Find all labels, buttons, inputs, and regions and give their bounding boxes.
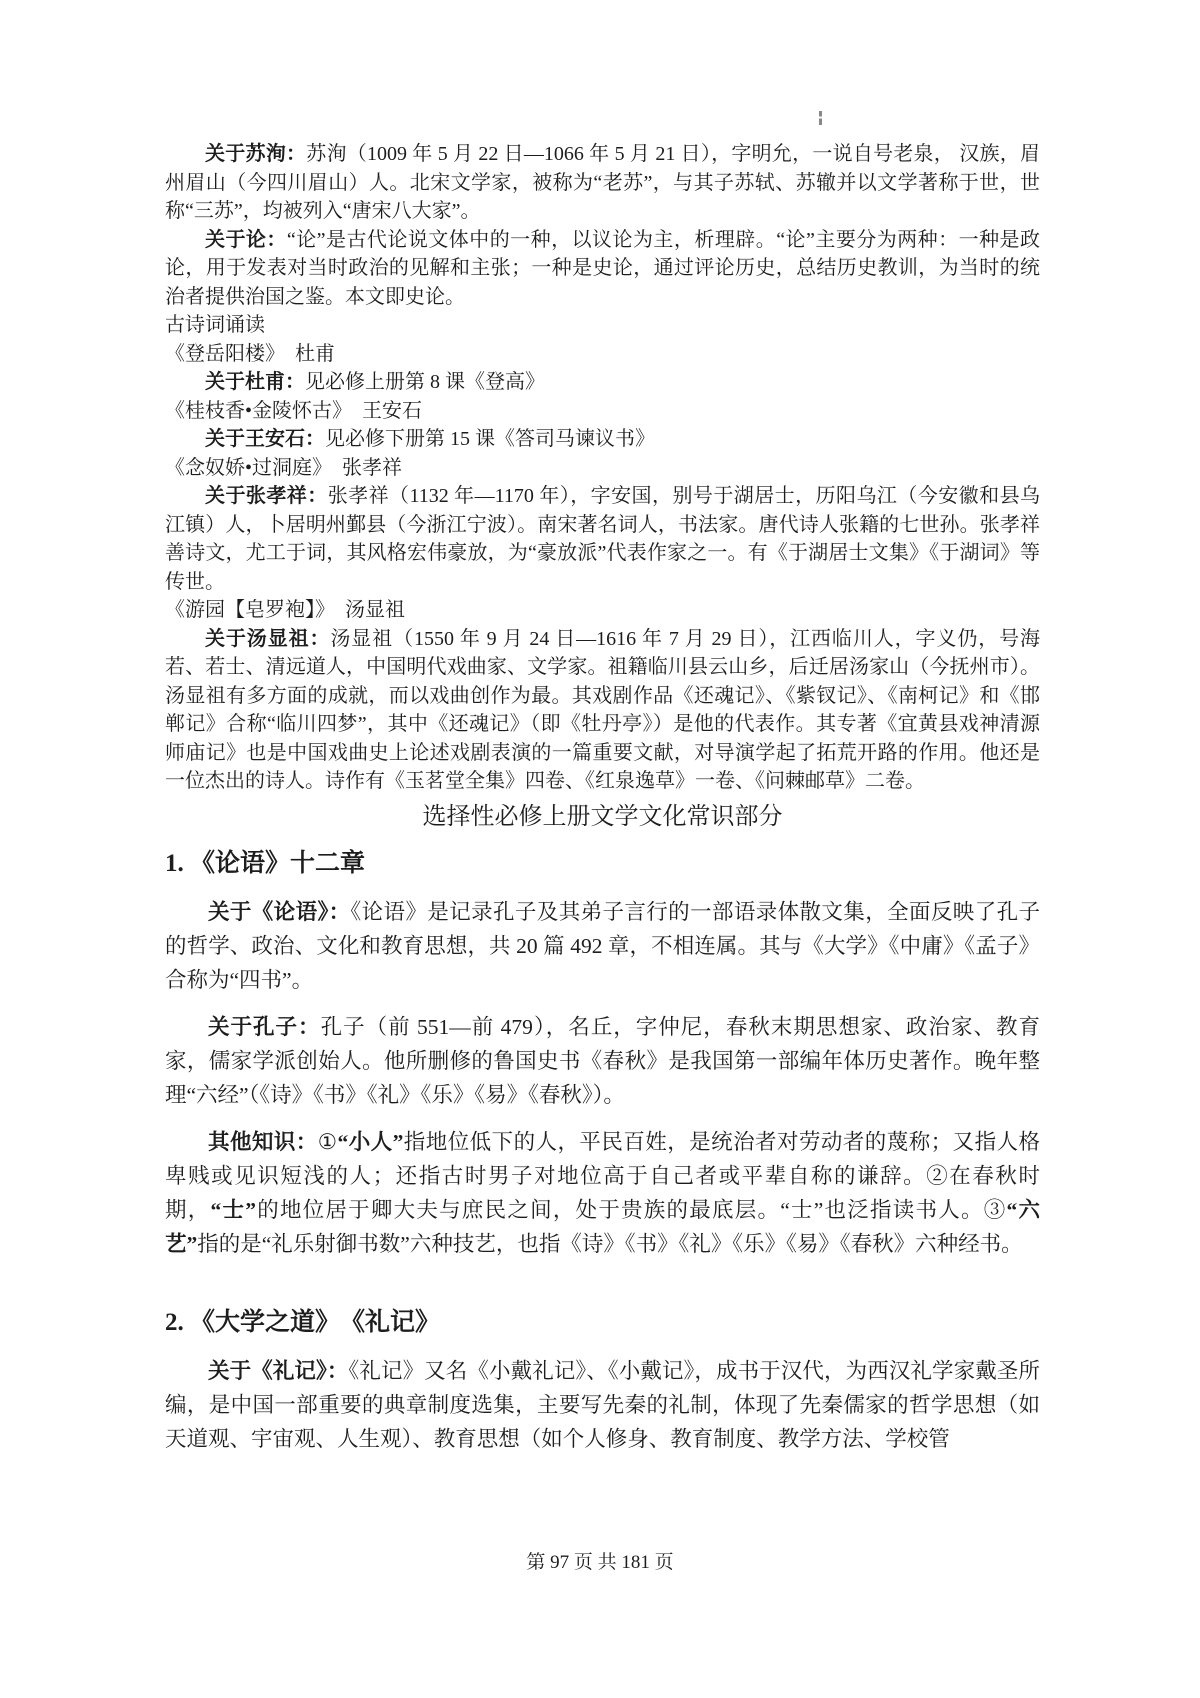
paragraph-label-lunyu: 关于《论语》： [208,900,351,924]
paragraph-label-du-fu: 关于杜甫： [205,371,305,393]
other-knowledge-seg-1: ① [318,1130,338,1154]
other-knowledge-seg-7: 指的是“礼乐射御书数”六种技艺，也指《诗》《书》《礼》《乐》《易》《春秋》六种经… [197,1232,1022,1256]
paragraph-du-fu: 关于杜甫：见必修上册第 8 课《登高》 [165,368,1040,397]
other-knowledge-seg-5: 的地位居于卿大夫与庶民之间，处于贵族的最底层。“士”也泛指读书人。③ [256,1198,1007,1222]
other-knowledge-label: 其他知识： [208,1130,318,1154]
page-footer: 第 97 页 共 181 页 [0,1547,1200,1574]
section-1-heading: 1. 《论语》十二章 [165,846,1040,882]
paragraph-su-xun: 关于苏洵：苏洵（1009 年 5 月 22 日—1066 年 5 月 21 日）… [165,140,1040,226]
stray-mark [819,111,822,125]
poem-title-guizhixiang: 《桂枝香•金陵怀古》 王安石 [165,397,1040,426]
paragraph-text-tang-xianzu: 汤显祖（1550 年 9 月 24 日—1616 年 7 月 29 日），江西临… [165,628,1040,793]
poem-title-dengyueyanglou: 《登岳阳楼》 杜甫 [165,340,1040,369]
paragraph-zhang-xiaoxiang: 关于张孝祥：张孝祥（1132 年—1170 年），字安国，别号于湖居士，历阳乌江… [165,482,1040,596]
section-2-heading: 2. 《大学之道》 《礼记》 [165,1305,1040,1341]
paragraph-kongzi: 关于孔子：孔子（前 551—前 479），名丘，字仲尼，春秋末期思想家、政治家、… [165,1010,1040,1112]
paragraph-label-liji: 关于《礼记》： [208,1359,349,1383]
paragraph-label-wang-anshi: 关于王安石： [205,428,325,450]
part-title: 选择性必修上册文学文化常识部分 [165,800,1040,834]
paragraph-label-zhang-xiaoxiang: 关于张孝祥： [205,485,328,507]
paragraph-wang-anshi: 关于王安石：见必修下册第 15 课《答司马谏议书》 [165,425,1040,454]
poem-title-youyuan: 《游园【皂罗袍】》 汤显祖 [165,596,1040,625]
paragraph-lun: 关于论：“论”是古代论说文体中的一种，以议论为主，析理辟。“论”主要分为两种：一… [165,226,1040,312]
paragraph-label-kongzi: 关于孔子： [208,1015,321,1039]
paragraph-text-lun: “论”是古代论说文体中的一种，以议论为主，析理辟。“论”主要分为两种：一种是政论… [165,229,1040,308]
paragraph-liji: 关于《礼记》：《礼记》又名《小戴礼记》、《小戴记》，成书于汉代，为西汉礼学家戴圣… [165,1354,1040,1456]
paragraph-lunyu: 关于《论语》：《论语》是记录孔子及其弟子言行的一部语录体散文集，全面反映了孔子的… [165,895,1040,997]
paragraph-label-lun: 关于论： [205,229,287,251]
paragraph-text-du-fu: 见必修上册第 8 课《登高》 [305,371,545,393]
paragraph-other-knowledge: 其他知识：①“小人”指地位低下的人，平民百姓，是统治者对劳动者的蔑称；又指人格卑… [165,1125,1040,1261]
paragraph-tang-xianzu: 关于汤显祖：汤显祖（1550 年 9 月 24 日—1616 年 7 月 29 … [165,625,1040,796]
other-knowledge-term-shi: “士” [210,1198,255,1222]
paragraph-text-wang-anshi: 见必修下册第 15 课《答司马谏议书》 [325,428,655,450]
paragraph-label-su-xun: 关于苏洵： [205,143,306,165]
other-knowledge-term-xiaoren: “小人” [338,1130,404,1154]
document-page: 关于苏洵：苏洵（1009 年 5 月 22 日—1066 年 5 月 21 日）… [0,0,1200,1698]
poem-title-niannujiao: 《念奴娇•过洞庭》 张孝祥 [165,454,1040,483]
upper-text-block: 关于苏洵：苏洵（1009 年 5 月 22 日—1066 年 5 月 21 日）… [165,140,1040,796]
poetry-section-header: 古诗词诵读 [165,311,1040,340]
paragraph-label-tang-xianzu: 关于汤显祖： [205,628,330,650]
